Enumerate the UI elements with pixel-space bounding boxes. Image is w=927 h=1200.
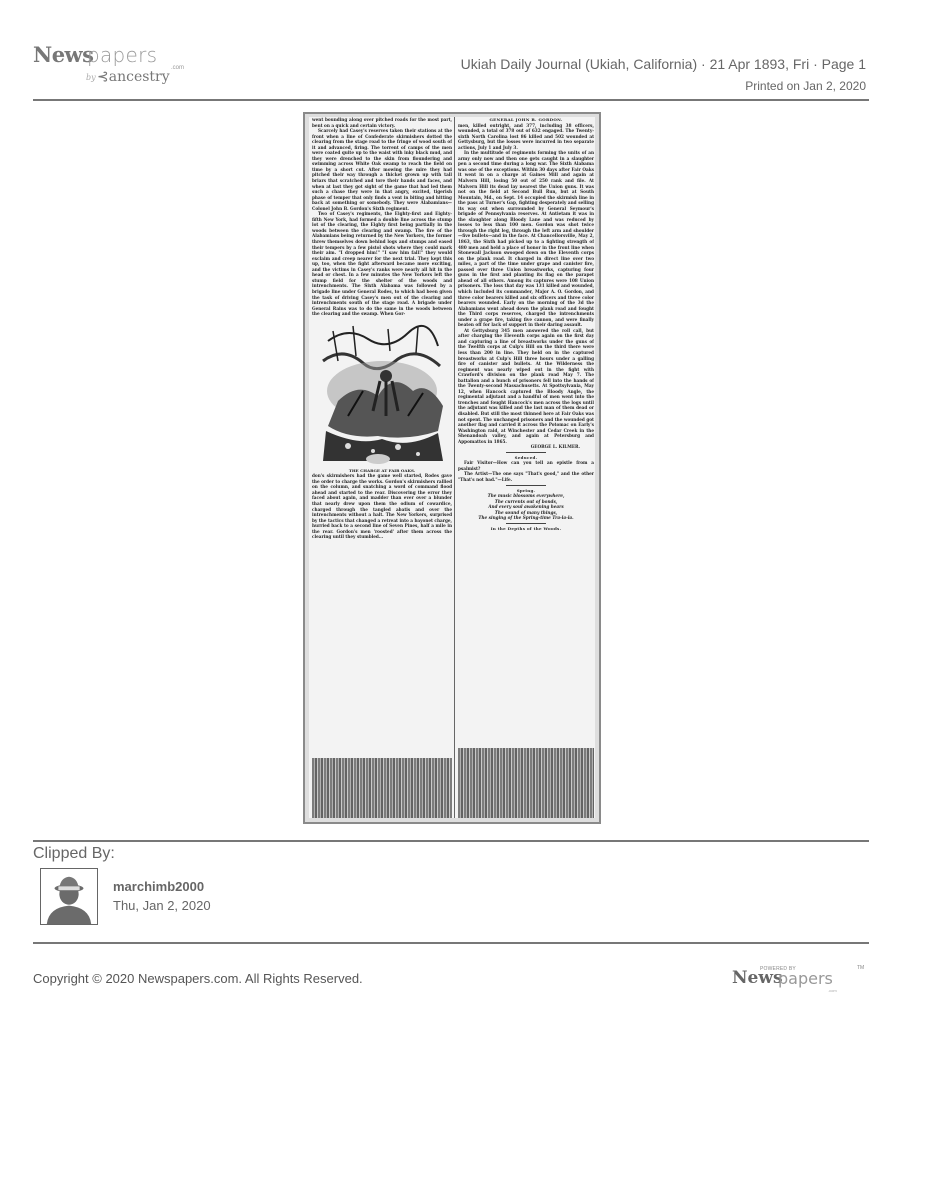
article-text: went bounding along over pitched roads f… bbox=[312, 117, 452, 128]
article-text: don's skirmishers had the game well star… bbox=[312, 473, 452, 540]
section-rule bbox=[506, 523, 546, 524]
article-text: The Artist—The one says "That's good," a… bbox=[458, 471, 594, 482]
clipping-divider bbox=[33, 840, 869, 842]
article-text: men, killed outright, and 377, including… bbox=[458, 123, 594, 151]
newspaper-clipping-image: went bounding along over pitched roads f… bbox=[303, 112, 601, 824]
newspapers-ancestry-logo[interactable]: News papers .com by ⊰ancestry bbox=[33, 42, 193, 90]
header-divider bbox=[33, 99, 869, 101]
logo-com-text: .com bbox=[171, 65, 184, 71]
powered-by-newspapers-logo[interactable]: News POWERED BY papers TM .com bbox=[732, 965, 872, 993]
article-text: In the multitude of regiments forming th… bbox=[458, 150, 594, 328]
article-text: At Gettysburg 345 men answered the roll … bbox=[458, 328, 594, 444]
logo-news-text: News bbox=[33, 42, 93, 67]
article-text: Scarcely had Casey's reserves taken thei… bbox=[312, 128, 452, 211]
copyright-text: Copyright © 2020 Newspapers.com. All Rig… bbox=[33, 971, 363, 986]
logo-ancestry-text: ⊰ancestry bbox=[97, 69, 170, 85]
logo-by-text: by bbox=[86, 73, 96, 82]
clipped-by-label: Clipped By: bbox=[33, 845, 115, 863]
section-rule bbox=[506, 452, 546, 453]
footer-logo-papers: papers bbox=[778, 969, 833, 988]
section-rule bbox=[506, 485, 546, 486]
clipping-left-column: went bounding along over pitched roads f… bbox=[312, 117, 452, 818]
user-silhouette-icon bbox=[41, 869, 97, 924]
clipping-right-column: GENERAL JOHN B. GORDON. men, killed outr… bbox=[458, 117, 594, 818]
scan-smudge bbox=[458, 748, 594, 818]
clip-date: Thu, Jan 2, 2020 bbox=[113, 898, 211, 913]
publication-info: Ukiah Daily Journal (Ukiah, California) … bbox=[461, 56, 866, 72]
footer-logo-tm: TM bbox=[857, 965, 864, 971]
section-heading: In the Depths of the Woods. bbox=[458, 526, 594, 532]
user-avatar[interactable] bbox=[40, 868, 98, 925]
clipper-username[interactable]: marchimb2000 bbox=[113, 879, 204, 894]
article-text: Two of Casey's regiments, the Eighty-fir… bbox=[312, 211, 452, 316]
footer-divider bbox=[33, 942, 869, 944]
column-divider bbox=[454, 117, 455, 818]
article-signature: GEORGE L. KILMER. bbox=[458, 444, 594, 450]
logo-papers-text: papers bbox=[87, 43, 157, 67]
article-text: Fair Visitor—How can you tell an epistle… bbox=[458, 460, 594, 471]
footer-logo-com: .com bbox=[828, 988, 837, 993]
scan-smudge bbox=[312, 758, 452, 818]
battle-illustration bbox=[318, 321, 446, 466]
poem-line: The singing of the Spring-time Tra-la-la… bbox=[458, 515, 594, 521]
printed-date: Printed on Jan 2, 2020 bbox=[745, 79, 866, 93]
